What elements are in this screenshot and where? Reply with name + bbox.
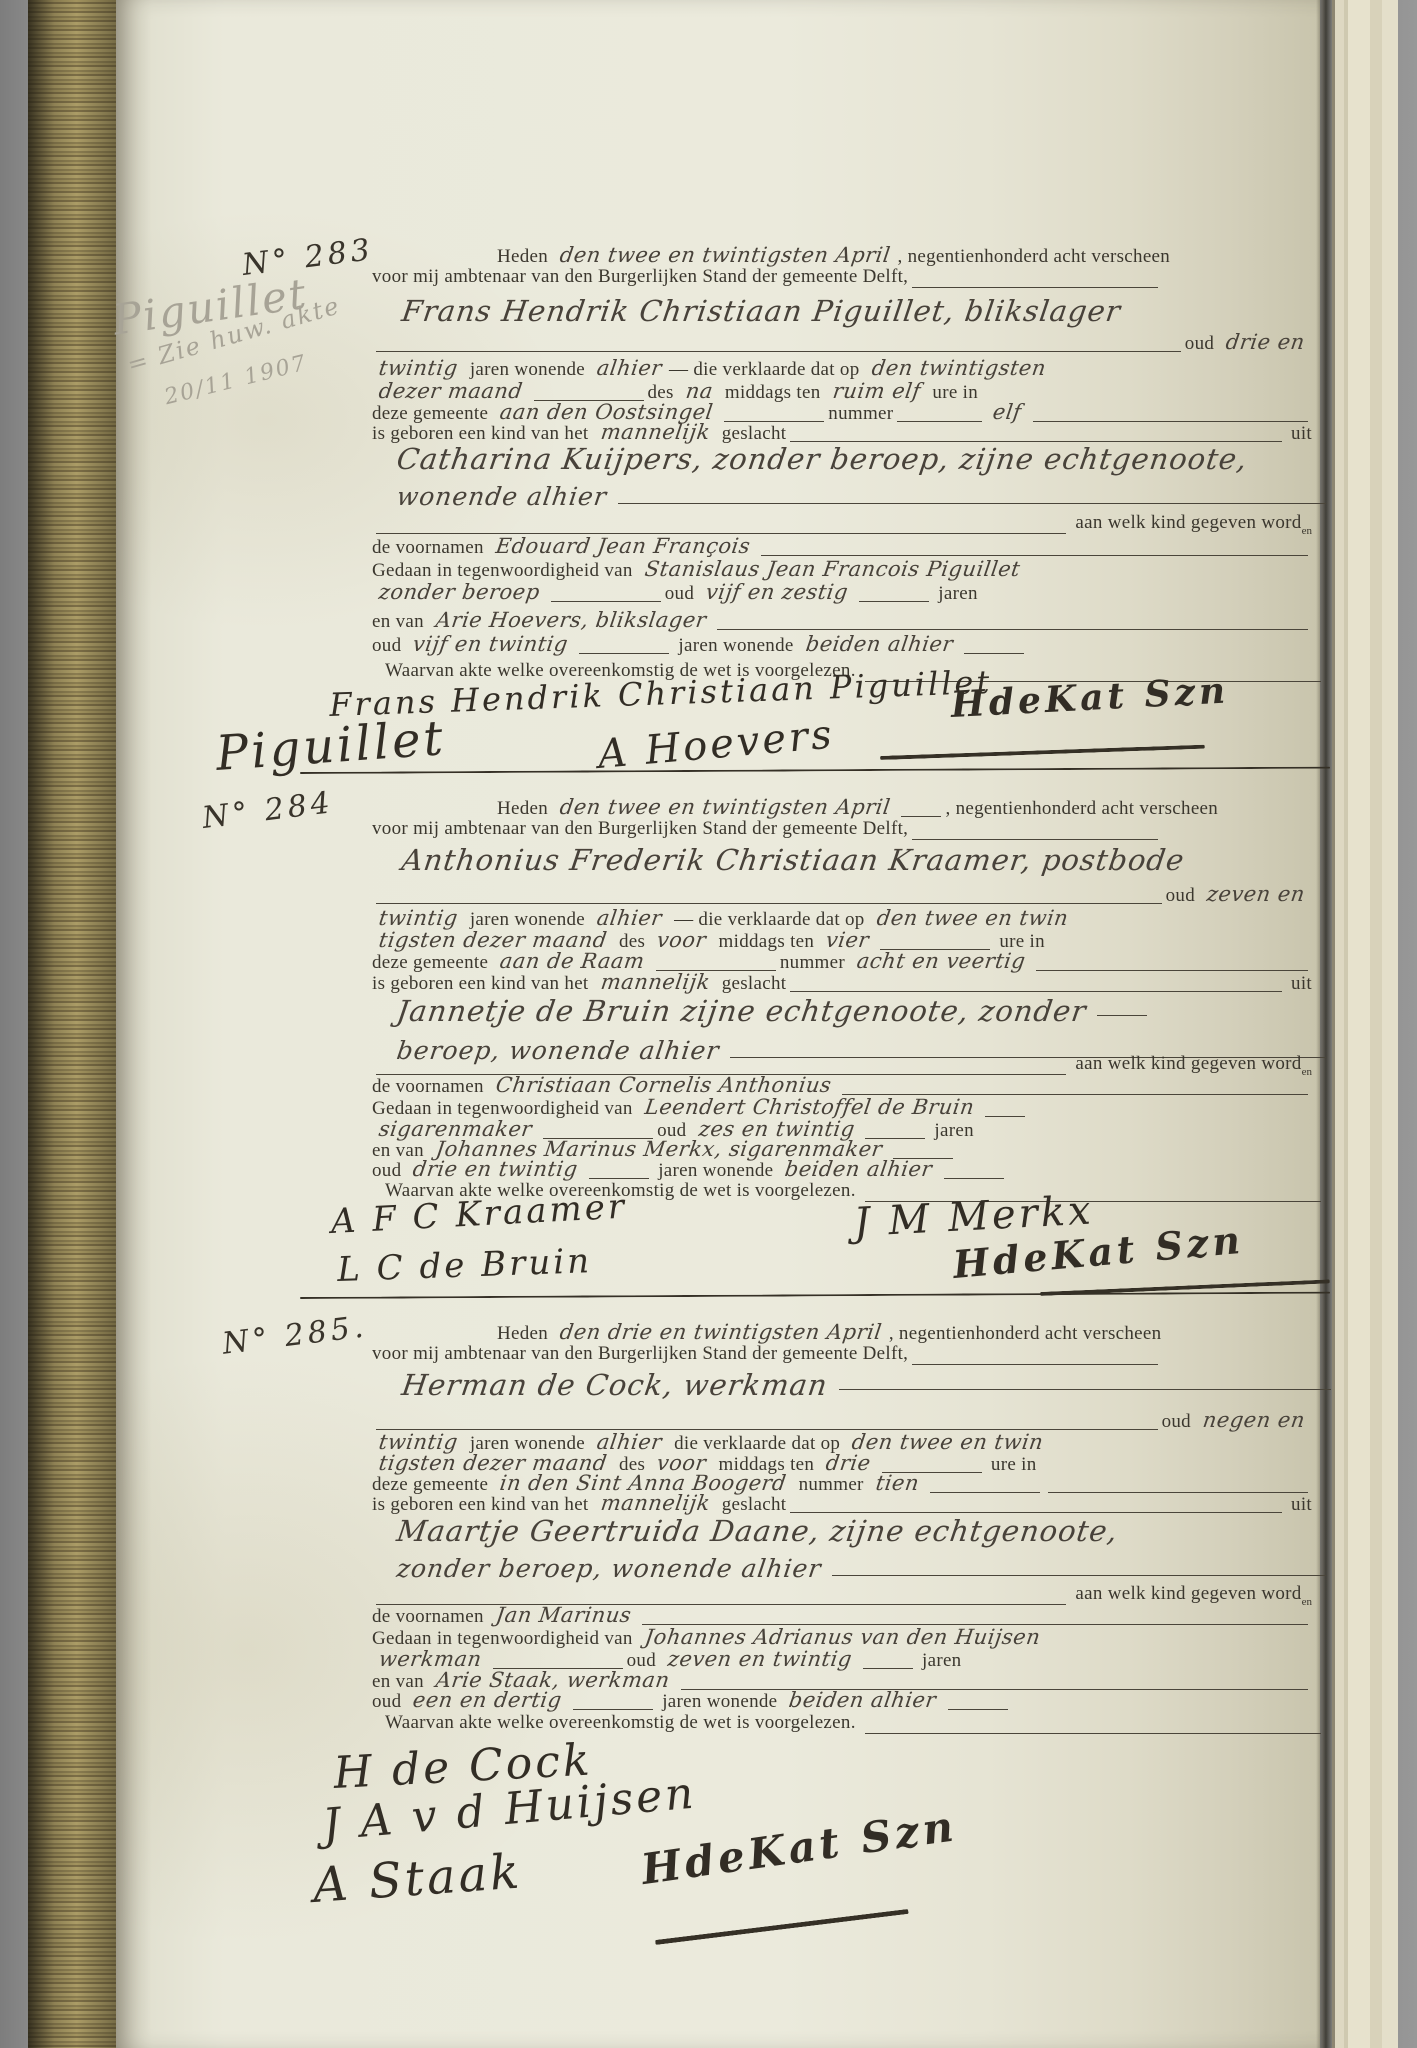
printed-text: Heden bbox=[497, 246, 553, 268]
handwritten-text: den twee en twin bbox=[868, 906, 1077, 930]
printed-text: jaren wonende bbox=[673, 635, 798, 657]
handwritten-text: een en dertig bbox=[405, 1688, 571, 1712]
signature: A Hoevers bbox=[596, 712, 836, 778]
handwritten-text: negen en bbox=[1194, 1408, 1313, 1432]
handwritten-text: Anthonius Frederik Christiaan Kraamer, p… bbox=[393, 843, 1194, 877]
ruled-line bbox=[944, 1178, 1004, 1179]
printed-text: uit bbox=[1286, 973, 1312, 995]
signature: A Staak bbox=[311, 1844, 524, 1914]
printed-text: Heden bbox=[497, 1323, 553, 1345]
ruled-line bbox=[901, 816, 941, 817]
form-line: oud drie en bbox=[372, 330, 1312, 358]
handwritten-text: wonende alhier bbox=[388, 482, 616, 511]
printed-text: — die verklaarde dat op bbox=[669, 359, 865, 381]
signature: L C de Bruin bbox=[337, 1241, 593, 1290]
ruled-line bbox=[912, 1364, 1158, 1365]
printed-text: oud bbox=[372, 1160, 406, 1182]
printed-text: Heden bbox=[497, 798, 553, 820]
act-number: N° 285. bbox=[220, 1309, 369, 1361]
ruled-line bbox=[832, 1575, 1326, 1576]
handwritten-text: zeven en bbox=[1198, 882, 1313, 906]
printed-text: geslacht bbox=[717, 1494, 787, 1516]
printed-text: de voornamen bbox=[372, 537, 489, 559]
printed-text: jaren wonende bbox=[653, 1160, 778, 1182]
ink-stroke bbox=[300, 1292, 1330, 1299]
handwritten-text: den twintigsten bbox=[863, 356, 1054, 380]
handwritten-text: Stanislaus Jean Francois Piguillet bbox=[636, 557, 1029, 581]
ruled-line bbox=[376, 903, 1162, 904]
handwritten-text: vijf en twintig bbox=[405, 632, 577, 656]
handwritten-text: Christiaan Cornelis Anthonius bbox=[487, 1073, 840, 1097]
ruled-line bbox=[790, 991, 1282, 992]
handwritten-text: alhier bbox=[588, 356, 670, 380]
handwritten-text: den twee en twintigsten April bbox=[551, 795, 899, 819]
ruled-line bbox=[579, 653, 669, 654]
handwritten-text: zonder beroep bbox=[370, 580, 548, 604]
form-line: zonder beroep, wonende alhier bbox=[390, 1554, 1330, 1582]
printed-text: Gedaan in tegenwoordigheid van bbox=[372, 560, 638, 582]
ruled-line bbox=[912, 287, 1158, 288]
handwritten-text: den twee en twintigsten April bbox=[551, 243, 899, 267]
handwritten-text: beiden alhier bbox=[777, 1157, 941, 1181]
printed-text: aan welk kind gegeven word bbox=[1070, 1053, 1301, 1075]
form-line: Waarvan akte welke overeenkomstig de wet… bbox=[385, 1712, 1325, 1740]
ruled-line bbox=[376, 351, 1181, 352]
ink-stroke bbox=[300, 767, 1330, 774]
printed-text: jaren wonende bbox=[657, 1691, 782, 1713]
ruled-line bbox=[618, 503, 1326, 504]
handwritten-text: drie en twintig bbox=[405, 1157, 587, 1181]
handwritten-text: drie en bbox=[1218, 330, 1314, 354]
handwritten-text: Frans Hendrik Christiaan Piguillet, blik… bbox=[393, 294, 1131, 328]
printed-text: oud bbox=[372, 1691, 406, 1713]
handwritten-text: twintig bbox=[370, 906, 466, 930]
printed-text: , negentienhonderd acht verscheen bbox=[889, 1323, 1162, 1345]
printed-text: geslacht bbox=[717, 973, 787, 995]
handwritten-text: twintig bbox=[370, 356, 466, 380]
ruled-line bbox=[717, 629, 1308, 630]
page-content: N° 283Piguillet= Zie huw. akte20/11 1907… bbox=[0, 0, 1417, 2048]
handwritten-text: Catharina Kuijpers, zonder beroep, zijne… bbox=[388, 442, 1257, 476]
ruled-line bbox=[573, 1709, 653, 1710]
form-line: Catharina Kuijpers, zonder beroep, zijne… bbox=[390, 442, 1330, 470]
form-line: Anthonius Frederik Christiaan Kraamer, p… bbox=[395, 843, 1335, 871]
form-line: wonende alhier bbox=[390, 482, 1330, 510]
ruled-line bbox=[1097, 1015, 1147, 1016]
form-line: Jannetje de Bruin zijne echtgenoote, zon… bbox=[390, 994, 1330, 1022]
form-line: oud vijf en twintig jaren wonende beiden… bbox=[372, 632, 1312, 660]
handwritten-text: beiden alhier bbox=[797, 632, 961, 656]
handwritten-text: vijf en zestig bbox=[698, 580, 857, 604]
handwritten-text: mannelijk bbox=[592, 970, 718, 994]
ruled-line bbox=[790, 1512, 1282, 1513]
form-line: zonder beroepoud vijf en zestig jaren bbox=[372, 580, 1312, 608]
form-line: voor mij ambtenaar van den Burgerlijken … bbox=[372, 266, 1162, 294]
ruled-line bbox=[912, 839, 1158, 840]
ruled-line bbox=[948, 1709, 1008, 1710]
handwritten-text: zonder beroep, wonende alhier bbox=[388, 1554, 831, 1583]
ruled-line bbox=[839, 1389, 1331, 1390]
ink-stroke bbox=[880, 745, 1205, 760]
handwritten-text: mannelijk bbox=[592, 420, 718, 444]
act-number: N° 284 bbox=[200, 785, 335, 836]
printed-text: voor mij ambtenaar van den Burgerlijken … bbox=[372, 1343, 908, 1365]
printed-text: en van bbox=[372, 611, 429, 633]
ruled-line bbox=[964, 653, 1024, 654]
form-line: Maartje Geertruida Daane, zijne echtgeno… bbox=[390, 1514, 1330, 1542]
printed-text: voor mij ambtenaar van den Burgerlijken … bbox=[372, 818, 908, 840]
ruled-line bbox=[865, 1733, 1321, 1734]
printed-text: jaren bbox=[933, 583, 978, 605]
printed-text: , negentienhonderd acht verscheen bbox=[897, 246, 1170, 268]
printed-text: oud bbox=[1166, 885, 1200, 907]
form-line: Herman de Cock, werkman bbox=[395, 1368, 1335, 1396]
ruled-line bbox=[761, 555, 1308, 556]
printed-text: , negentienhonderd acht verscheen bbox=[945, 798, 1218, 820]
printed-text: aan welk kind gegeven word bbox=[1070, 512, 1301, 534]
handwritten-text: Edouard Jean François bbox=[487, 534, 759, 558]
handwritten-text: Jan Marinus bbox=[487, 1603, 640, 1627]
printed-text: uit bbox=[1286, 1494, 1312, 1516]
printed-text: oud bbox=[665, 583, 699, 605]
printed-text: voor mij ambtenaar van den Burgerlijken … bbox=[372, 266, 908, 288]
form-line: voor mij ambtenaar van den Burgerlijken … bbox=[372, 818, 1162, 846]
handwritten-text: Leendert Christoffel de Bruin bbox=[636, 1095, 983, 1119]
form-line: voor mij ambtenaar van den Burgerlijken … bbox=[372, 1343, 1162, 1371]
printed-text: is geboren een kind van het bbox=[372, 973, 594, 995]
handwritten-text: beiden alhier bbox=[781, 1688, 945, 1712]
handwritten-text: Arie Hoevers, blikslager bbox=[427, 608, 715, 632]
handwritten-text: den drie en twintigsten April bbox=[551, 1320, 890, 1344]
printed-text: Waarvan akte welke overeenkomstig de wet… bbox=[385, 1712, 861, 1734]
printed-text: aan welk kind gegeven word bbox=[1070, 1583, 1301, 1605]
printed-text: oud bbox=[1185, 333, 1219, 355]
handwritten-text: Maartje Geertruida Daane, zijne echtgeno… bbox=[388, 1514, 1128, 1548]
ink-stroke bbox=[655, 1909, 909, 1945]
handwritten-text: Herman de Cock, werkman bbox=[393, 1368, 838, 1402]
handwritten-text: Jannetje de Bruin zijne echtgenoote, zon… bbox=[388, 994, 1096, 1028]
printed-text: is geboren een kind van het bbox=[372, 1494, 594, 1516]
printed-text: jaren wonende bbox=[465, 359, 590, 381]
ruled-line bbox=[589, 1178, 649, 1179]
ruled-line bbox=[859, 601, 929, 602]
form-line: Frans Hendrik Christiaan Piguillet, blik… bbox=[395, 294, 1335, 322]
handwritten-text: alhier bbox=[588, 906, 670, 930]
printed-text: oud bbox=[372, 635, 406, 657]
ruled-line bbox=[551, 601, 661, 602]
handwritten-text: mannelijk bbox=[592, 1491, 718, 1515]
signature: A F C Kraamer bbox=[330, 1187, 628, 1242]
book-photograph: N° 283Piguillet= Zie huw. akte20/11 1907… bbox=[0, 0, 1417, 2048]
handwritten-text: Johannes Adrianus van den Huijsen bbox=[636, 1625, 1049, 1649]
